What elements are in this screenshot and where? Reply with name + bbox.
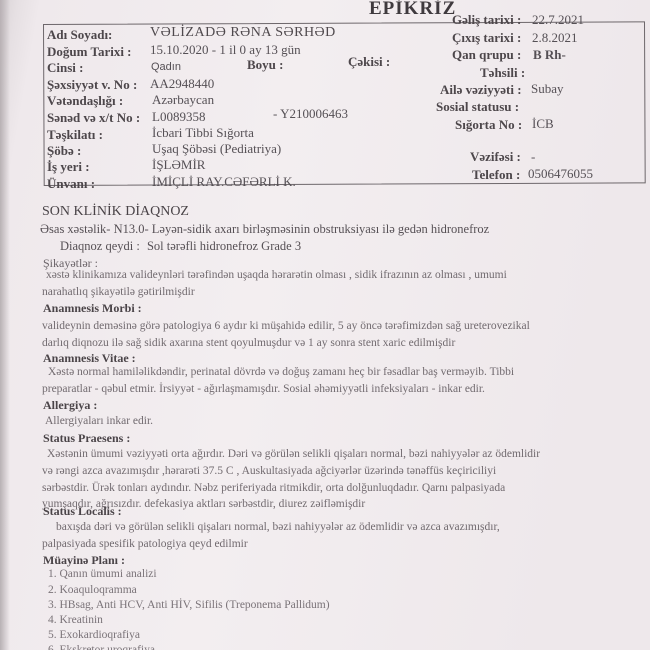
document-number-extra: - Y210006463	[273, 106, 348, 122]
name-label: Adı Soyadı:	[47, 27, 112, 43]
department-value: Uşaq Şöbəsi (Pediatriya)	[152, 141, 281, 157]
organization-value: İcbari Tibbi Sığorta	[152, 125, 254, 141]
admission-date-value: 22.7.2021	[532, 12, 584, 28]
name-value: VƏLİZADƏ RƏNA SƏRHƏD	[150, 25, 336, 41]
exam-plan-item: 2. Koaqulоqramma	[48, 584, 137, 596]
education-label: Təhsili :	[480, 65, 525, 81]
marital-status-label: Ailə vəziyyəti :	[440, 82, 522, 98]
status-praesens-line-3: sərbəstdir. Ürək tonları aydındır. Nəbz …	[42, 480, 505, 498]
exam-plan-item: 4. Kreatinin	[48, 614, 103, 626]
insurance-number-label: Sığorta No :	[455, 117, 522, 133]
department-label: Şöbə :	[47, 143, 81, 159]
document-number-label: Sənəd və x/t No :	[47, 110, 140, 126]
exam-plan-item: 5. Exokardioqrafiya	[48, 629, 140, 641]
status-praesens-line-1: Xəstənin ümumi vəziyyəti orta ağırdır. D…	[47, 446, 540, 464]
complaints-text-line-1: xəstə klinikamıza valideynləri tərəfində…	[46, 267, 507, 285]
workplace-value: İŞLƏMİR	[152, 157, 205, 173]
citizenship-value: Azərbaycan	[152, 92, 214, 108]
allergy-heading: Allergiya :	[43, 398, 97, 413]
allergy-text: Allergiyaları inkar edir.	[45, 413, 153, 431]
birth-date-value: 15.10.2020 - 1 il 0 ay 13 gün	[150, 42, 301, 58]
address-label: Ünvanı :	[47, 176, 95, 192]
final-diagnosis-heading: SON KLİNİK DİAQNOZ	[42, 204, 189, 220]
admission-date-label: Gəliş tarixi :	[452, 12, 521, 28]
anamnesis-morbi-heading: Anamnesis Morbi :	[43, 301, 142, 316]
address-value: İMİÇLİ RAY.CƏFƏRLİ K.	[152, 174, 296, 190]
discharge-date-value: 2.8.2021	[532, 30, 578, 46]
birth-date-label: Doğum Tarixi :	[47, 44, 132, 60]
status-localis-line-2: palpasiyada spesifik patologiya qeyd edi…	[42, 536, 248, 554]
weight-label: Çəkisi :	[348, 54, 390, 70]
exam-plan-item: 3. HBsag, Anti HCV, Anti HİV, Sifilis (T…	[48, 599, 330, 611]
status-localis-heading: Status Localis :	[43, 504, 122, 519]
blood-group-value: B Rh-	[533, 47, 566, 63]
anamnesis-morbi-line-1: valideynin deməsinə görə patologiya 6 ay…	[42, 318, 530, 336]
exam-plan-item: 1. Qanın ümumi analizi	[48, 568, 157, 580]
status-praesens-line-2: və rəngi azca avazımışdır ,hərarəti 37.5…	[42, 463, 496, 481]
main-diagnosis: Əsas xəstəlik- N13.0- Ləyən-sidik axarı …	[40, 222, 489, 237]
epicrisis-page: EPİKRİZ Adı Soyadı: VƏLİZADƏ RƏNA SƏRHƏD…	[0, 0, 650, 650]
discharge-date-label: Çıxış tarixi :	[452, 30, 521, 46]
position-label: Vəzifəsi :	[470, 149, 521, 165]
phone-label: Telefon :	[472, 167, 520, 183]
exam-plan-heading: Müayinə Planı :	[43, 553, 125, 568]
anamnesis-morbi-line-2: darlıq diqnozu ilə sağ sidik axarına ste…	[42, 335, 455, 353]
marital-status-value: Subay	[531, 81, 564, 97]
diagnosis-note-value: Sol tərəfli hidronefroz Grade 3	[147, 239, 301, 253]
gender-label: Cinsi :	[47, 60, 83, 76]
gender-value: Qadın	[151, 61, 181, 73]
diagnosis-note-label: Diaqnoz qeydi :	[60, 239, 140, 253]
organization-label: Təşkilatı :	[47, 127, 103, 143]
document-number-value: L0089358	[152, 109, 205, 125]
social-status-label: Sosial statusu :	[436, 99, 519, 115]
citizenship-label: Vətəndaşlığı :	[47, 93, 123, 109]
complaints-text-line-2: narahatlıq şikayətilə gətirilmişdir	[42, 284, 195, 302]
status-praesens-heading: Status Praesens :	[43, 431, 130, 446]
exam-plan-item: 6. Ekskretor uroqrafiya	[48, 644, 155, 650]
blood-group-label: Qan qrupu :	[452, 47, 521, 63]
phone-value: 0506476055	[528, 166, 593, 182]
workplace-label: İş yeri :	[47, 159, 90, 175]
page-edge-shadow	[0, 0, 10, 650]
position-value: -	[531, 149, 535, 165]
anamnesis-vitae-line-2: preparatlar - qəbul etmir. İrsiyyət - ağ…	[42, 381, 485, 399]
document-title: EPİKRİZ	[369, 0, 456, 20]
height-label: Boyu :	[247, 57, 283, 73]
insurance-number-value: İCB	[532, 116, 554, 132]
status-localis-line-1: baxışda dəri və görülən selikli qişaları…	[56, 519, 500, 537]
diagnosis-note: Diaqnoz qeydi : Sol tərəfli hidronefroz …	[60, 239, 301, 254]
id-card-label: Şəxsiyyət v. No :	[47, 77, 137, 93]
anamnesis-vitae-line-1: Xəstə normal hamiləlikdəndir, perinatal …	[48, 364, 514, 382]
id-card-value: AA2948440	[150, 76, 214, 92]
